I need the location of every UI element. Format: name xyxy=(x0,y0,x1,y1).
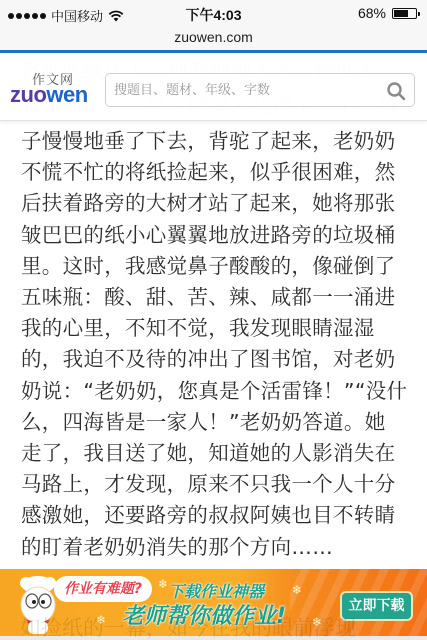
article-line: 走了，我目送了她，知道她的人影消失在 xyxy=(21,438,413,469)
url-text[interactable]: zuowen.com xyxy=(174,29,253,45)
article-line: 么，四海皆是一家人！”老奶奶答道。她 xyxy=(21,407,413,438)
article-line: 我的心里，不知不觉，我发现眼睛湿湿 xyxy=(21,313,413,344)
article-line: 皱巴巴的纸小心翼翼地放进路旁的垃圾桶 xyxy=(21,220,413,251)
article-line: 的，我迫不及待的冲出了图书馆，对老奶 xyxy=(21,344,413,375)
battery-icon xyxy=(392,8,417,19)
zuowen-logo[interactable]: 作文网 zuowen xyxy=(10,71,100,107)
search-icon[interactable] xyxy=(386,81,406,101)
article-line: 不慌不忙的将纸捡起来，似乎很困难，然 xyxy=(21,157,413,188)
logo-english: zuowen xyxy=(10,83,88,107)
status-right: 68% xyxy=(358,5,417,21)
article-line: 五味瓶：酸、甜、苦、辣、咸都一一涌进 xyxy=(21,282,413,313)
scrolled-article-text-bottom: 如捡纸的一幕，如今在我的眼前浮现 xyxy=(20,612,356,640)
article-line: 马路上，才发现，原来不只我一个人十分 xyxy=(21,469,413,500)
article-line: 里。这时，我感觉鼻子酸酸的，像碰倒了 xyxy=(21,251,413,282)
article-line: 奶说：“老奶奶，您真是个活雷锋！”“没什 xyxy=(21,376,413,407)
snowflake-icon: ❄ xyxy=(292,583,302,597)
status-bar: 中国移动 下午4:03 68% xyxy=(0,0,427,28)
search-box[interactable] xyxy=(105,73,415,107)
article-line: 后扶着路旁的大树才站了起来，她将那张 xyxy=(21,188,413,219)
site-header: 作文网 zuowen xyxy=(0,53,427,121)
article-line: 子慢慢地垂了下去，背驼了起来，老奶奶 xyxy=(21,126,413,157)
search-input[interactable] xyxy=(114,78,374,102)
url-bar[interactable]: zuowen.com xyxy=(0,28,427,50)
snowflake-icon: ❄ xyxy=(158,577,168,591)
article-line: 的盯着老奶奶消失的那个方向…… xyxy=(21,532,413,563)
article-body: 子慢慢地垂了下去，背驼了起来，老奶奶 不慌不忙的将纸捡起来，似乎很困难，然 后扶… xyxy=(21,126,413,563)
article-line: 感激她，还要路旁的叔叔阿姨也目不转睛 xyxy=(21,500,413,531)
battery-percent: 68% xyxy=(358,5,386,21)
